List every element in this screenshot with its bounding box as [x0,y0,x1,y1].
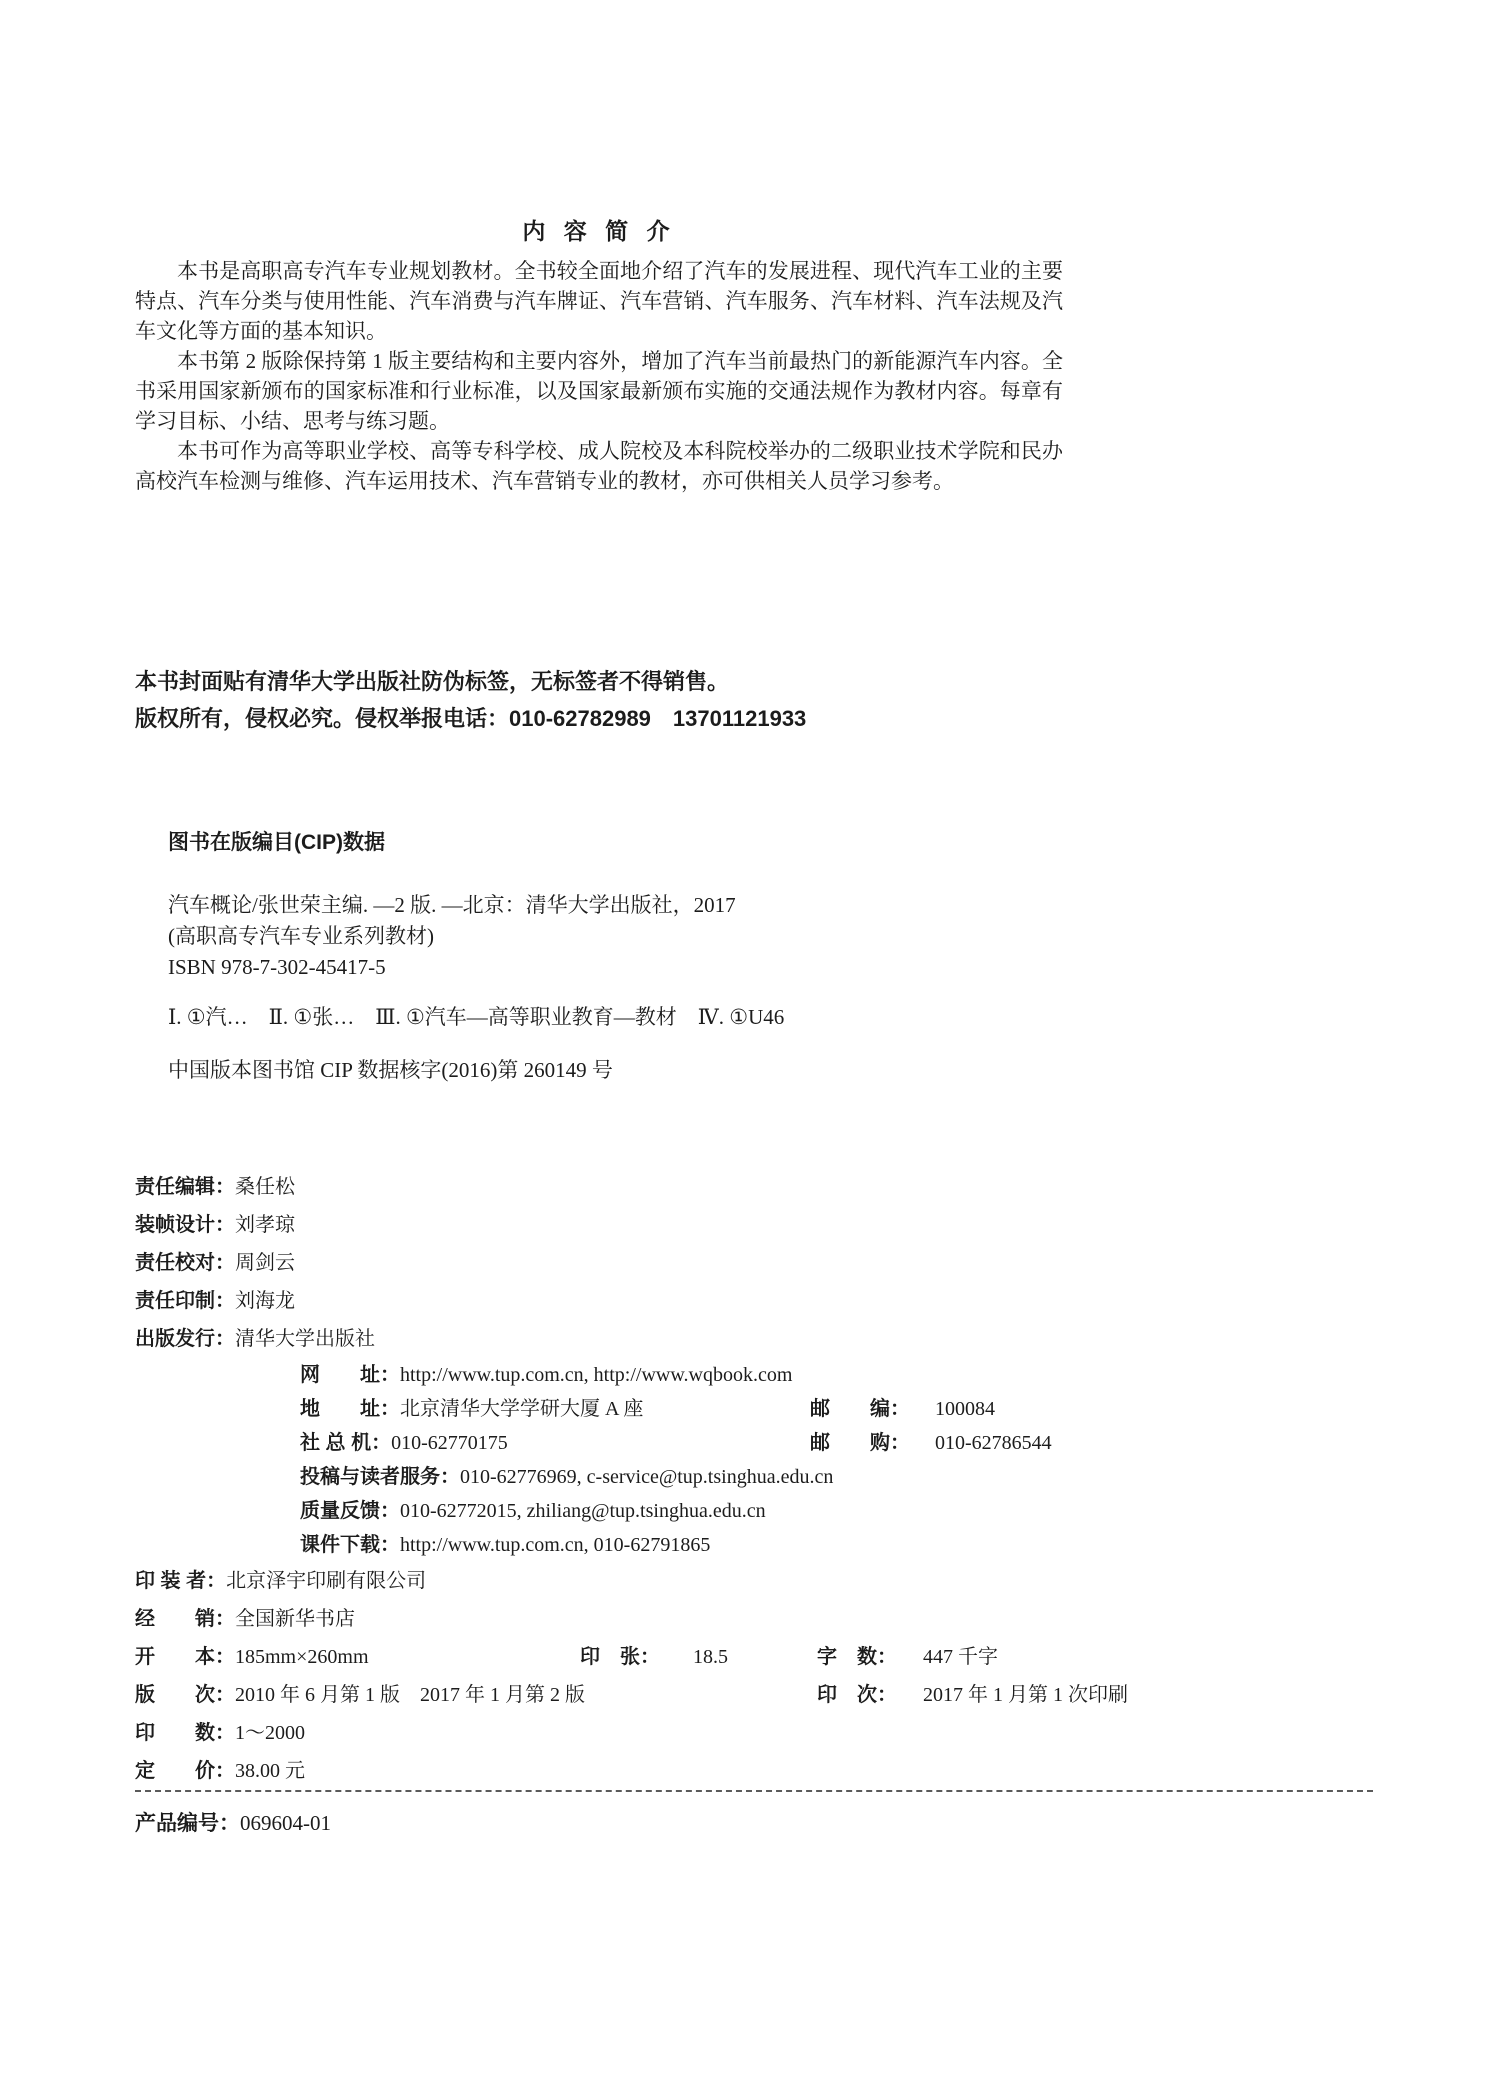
impression-value: 2017 年 1 月第 1 次印刷 [923,1676,1128,1714]
mail-order-value: 010-62786544 [935,1426,1052,1460]
row-value: 010-62776969, c-service@tup.tsinghua.edu… [460,1466,833,1488]
edition-value: 2010 年 6 月第 1 版 2017 年 1 月第 2 版 [235,1684,585,1706]
publisher-row-quality-feedback: 质量反馈：010-62772015, zhiliang@tup.tsinghua… [300,1494,1375,1528]
cip-block: 图书在版编目(CIP)数据 汽车概论/张世荣主编. —2 版. —北京：清华大学… [168,826,1118,1086]
colophon-row-print-supervisor: 责任印制：刘海龙 [135,1282,1375,1320]
row-value: 清华大学出版社 [235,1328,375,1350]
row-label: 印 数： [135,1722,235,1744]
price-value: 38.00 元 [235,1760,305,1782]
printing-row-price: 定 价：38.00 元 [135,1752,1375,1790]
colophon-row-designer: 装帧设计：刘孝琼 [135,1206,1375,1244]
row-value: 全国新华书店 [235,1608,355,1630]
cip-classification-line: Ⅰ. ①汽… Ⅱ. ①张… Ⅲ. ①汽车—高等职业教育—教材 Ⅳ. ①U46 [168,1002,1118,1033]
intro-paragraph: 本书可作为高等职业学校、高等专科学校、成人院校及本科院校举办的二级职业技术学院和… [135,436,1063,496]
colophon-row-publisher: 出版发行：清华大学出版社 [135,1320,1375,1358]
word-count-value: 447 千字 [923,1638,998,1676]
cip-series-line: (高职高专汽车专业系列教材) [168,921,1118,952]
product-number-label: 产品编号： [135,1812,240,1835]
row-value: 桑任松 [235,1176,295,1198]
intro-paragraph: 本书是高职高专汽车专业规划教材。全书较全面地介绍了汽车的发展进程、现代汽车工业的… [135,256,1063,346]
intro-paragraphs: 本书是高职高专汽车专业规划教材。全书较全面地介绍了汽车的发展进程、现代汽车工业的… [135,256,1063,496]
product-number: 产品编号：069604-01 [135,1808,331,1839]
row-value: 周剑云 [235,1252,295,1274]
printing-row-distributor: 经 销：全国新华书店 [135,1600,1375,1638]
row-label: 出版发行： [135,1328,235,1350]
sheets-value: 18.5 [693,1638,728,1676]
publisher-row-switchboard: 社 总 机：010-62770175 邮 购：010-62786544 [300,1426,1375,1460]
row-value: 北京泽宇印刷有限公司 [226,1570,426,1592]
colophon-row-proofreader: 责任校对：周剑云 [135,1244,1375,1282]
postcode-label: 邮 编： [810,1392,910,1426]
row-value: 010-62770175 [391,1432,508,1454]
colophon: 责任编辑：桑任松 装帧设计：刘孝琼 责任校对：周剑云 责任印制：刘海龙 出版发行… [135,1168,1375,1790]
copyright-notice: 本书封面贴有清华大学出版社防伪标签，无标签者不得销售。 版权所有，侵权必究。侵权… [135,663,1135,737]
row-value: 刘海龙 [235,1290,295,1312]
piracy-hotline-line: 版权所有，侵权必究。侵权举报电话：010-62782989 1370112193… [135,700,1135,737]
row-label: 开 本： [135,1646,235,1668]
format-value: 185mm×260mm [235,1646,369,1668]
row-label: 责任校对： [135,1252,235,1274]
row-label: 地 址： [300,1398,400,1420]
cip-book-line: 汽车概论/张世荣主编. —2 版. —北京：清华大学出版社，2017 [168,890,1118,921]
row-label: 版 次： [135,1684,235,1706]
publisher-row-courseware-download: 课件下载：http://www.tup.com.cn, 010-62791865 [300,1528,1375,1562]
row-label: 网 址： [300,1364,400,1386]
row-label: 定 价： [135,1760,235,1782]
cip-isbn-line: ISBN 978-7-302-45417-5 [168,952,1118,983]
publisher-row-address: 地 址：北京清华大学学研大厦 A 座 邮 编：100084 [300,1392,1375,1426]
row-value: 刘孝琼 [235,1214,295,1236]
impression-label: 印 次： [817,1676,897,1714]
printing-row-print-run: 印 数：1～2000 [135,1714,1375,1752]
intro-paragraph: 本书第 2 版除保持第 1 版主要结构和主要内容外，增加了汽车当前最热门的新能源… [135,346,1063,436]
anti-counterfeit-line: 本书封面贴有清华大学出版社防伪标签，无标签者不得销售。 [135,663,1135,700]
postcode-value: 100084 [935,1392,995,1426]
row-label: 投稿与读者服务： [300,1466,460,1488]
cip-heading: 图书在版编目(CIP)数据 [168,826,1118,856]
row-label: 质量反馈： [300,1500,400,1522]
row-value: 北京清华大学学研大厦 A 座 [400,1398,643,1420]
divider-rule [135,1790,1373,1792]
intro-title: 内 容 简 介 [135,213,1063,246]
row-label: 经 销： [135,1608,235,1630]
cip-record-number-line: 中国版本图书馆 CIP 数据核字(2016)第 260149 号 [168,1055,1118,1086]
row-label: 责任印制： [135,1290,235,1312]
row-label: 装帧设计： [135,1214,235,1236]
row-label: 社 总 机： [300,1432,391,1454]
printing-row-edition: 版 次：2010 年 6 月第 1 版 2017 年 1 月第 2 版 印 次：… [135,1676,1375,1714]
row-label: 责任编辑： [135,1176,235,1198]
website-url: http://www.tup.com.cn, http://www.wqbook… [400,1364,792,1386]
row-label: 印 装 者： [135,1570,226,1592]
printing-row-format: 开 本：185mm×260mm 印 张：18.5 字 数：447 千字 [135,1638,1375,1676]
row-value: http://www.tup.com.cn, 010-62791865 [400,1534,710,1556]
colophon-row-editor: 责任编辑：桑任松 [135,1168,1375,1206]
printing-row-printer: 印 装 者：北京泽宇印刷有限公司 [135,1562,1375,1600]
publisher-row-reader-service: 投稿与读者服务：010-62776969, c-service@tup.tsin… [300,1460,1375,1494]
sheets-label: 印 张： [580,1638,660,1676]
row-label: 课件下载： [300,1534,400,1556]
word-count-label: 字 数： [817,1638,897,1676]
mail-order-label: 邮 购： [810,1426,910,1460]
product-number-value: 069604-01 [240,1811,331,1835]
row-value: 010-62772015, zhiliang@tup.tsinghua.edu.… [400,1500,766,1522]
publisher-row-website: 网 址：http://www.tup.com.cn, http://www.wq… [300,1358,1375,1392]
row-value: 1～2000 [235,1722,305,1744]
